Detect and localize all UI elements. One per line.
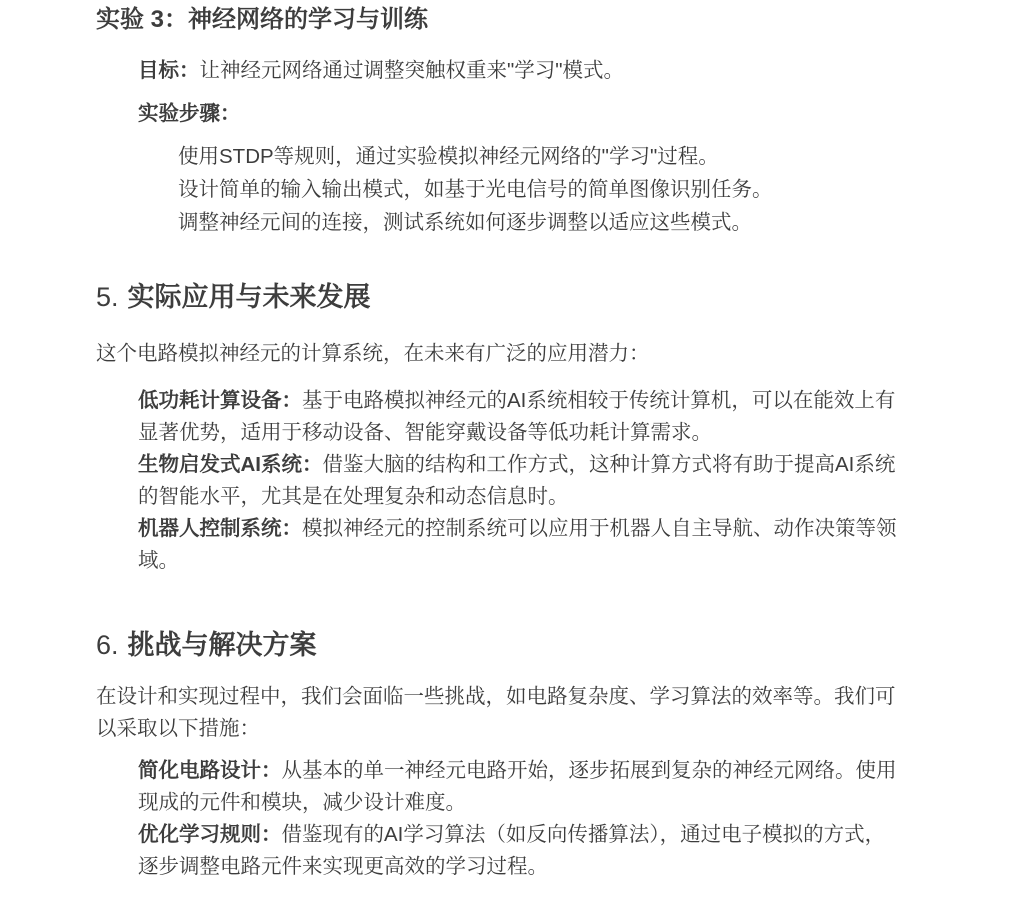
section-5-list: 低功耗计算设备：基于电路模拟神经元的AI系统相较于传统计算机，可以在能效上有 显… [96, 385, 966, 577]
list-item: 简化电路设计：从基本的单一神经元电路开始，逐步拓展到复杂的神经元网络。使用 现成… [138, 755, 966, 819]
section-6-number: 6. [96, 630, 119, 660]
section-6-list: 简化电路设计：从基本的单一神经元电路开始，逐步拓展到复杂的神经元网络。使用 现成… [96, 755, 966, 883]
goal-text: 让神经元网络通过调整突触权重来"学习"模式。 [200, 59, 625, 82]
section-5-intro: 这个电路模拟神经元的计算系统，在未来有广泛的应用潜力： [96, 338, 966, 370]
section-6-heading: 6.挑战与解决方案 [96, 626, 966, 664]
step-item: 调整神经元间的连接，测试系统如何逐步调整以适应这些模式。 [178, 207, 966, 239]
goal-label: 目标： [138, 59, 200, 82]
section-5-title: 实际应用与未来发展 [128, 282, 371, 312]
experiment-3-title: 实验 3：神经网络的学习与训练 [96, 3, 966, 37]
steps-label: 实验步骤： [138, 102, 241, 125]
list-item: 优化学习规则：借鉴现有的AI学习算法（如反向传播算法），通过电子模拟的方式， 逐… [138, 819, 966, 883]
section-5-number: 5. [96, 282, 119, 312]
item-label: 生物启发式AI系统： [138, 453, 323, 476]
step-item: 使用STDP等规则，通过实验模拟神经元网络的"学习"过程。 [178, 141, 966, 173]
step-item: 设计简单的输入输出模式，如基于光电信号的简单图像识别任务。 [178, 174, 966, 206]
section-6-title: 挑战与解决方案 [128, 630, 317, 660]
experiment-list: 目标：让神经元网络通过调整突触权重来"学习"模式。 实验步骤： 使用STDP等规… [96, 55, 966, 239]
goal-item: 目标：让神经元网络通过调整突触权重来"学习"模式。 [138, 55, 966, 87]
steps-list: 使用STDP等规则，通过实验模拟神经元网络的"学习"过程。 设计简单的输入输出模… [138, 141, 966, 239]
section-5-heading: 5.实际应用与未来发展 [96, 278, 966, 316]
list-item: 低功耗计算设备：基于电路模拟神经元的AI系统相较于传统计算机，可以在能效上有 显… [138, 385, 966, 449]
item-label: 机器人控制系统： [138, 517, 302, 540]
item-label: 低功耗计算设备： [138, 389, 302, 412]
item-label: 优化学习规则： [138, 823, 282, 846]
item-label: 简化电路设计： [138, 759, 282, 782]
list-item: 机器人控制系统：模拟神经元的控制系统可以应用于机器人自主导航、动作决策等领 域。 [138, 513, 966, 577]
section-6-intro: 在设计和实现过程中，我们会面临一些挑战，如电路复杂度、学习算法的效率等。我们可 … [96, 681, 966, 745]
steps-item: 实验步骤： 使用STDP等规则，通过实验模拟神经元网络的"学习"过程。 设计简单… [138, 98, 966, 239]
document-page: 实验 3：神经网络的学习与训练 目标：让神经元网络通过调整突触权重来"学习"模式… [0, 0, 966, 883]
list-item: 生物启发式AI系统：借鉴大脑的结构和工作方式，这种计算方式将有助于提高AI系统 … [138, 449, 966, 513]
